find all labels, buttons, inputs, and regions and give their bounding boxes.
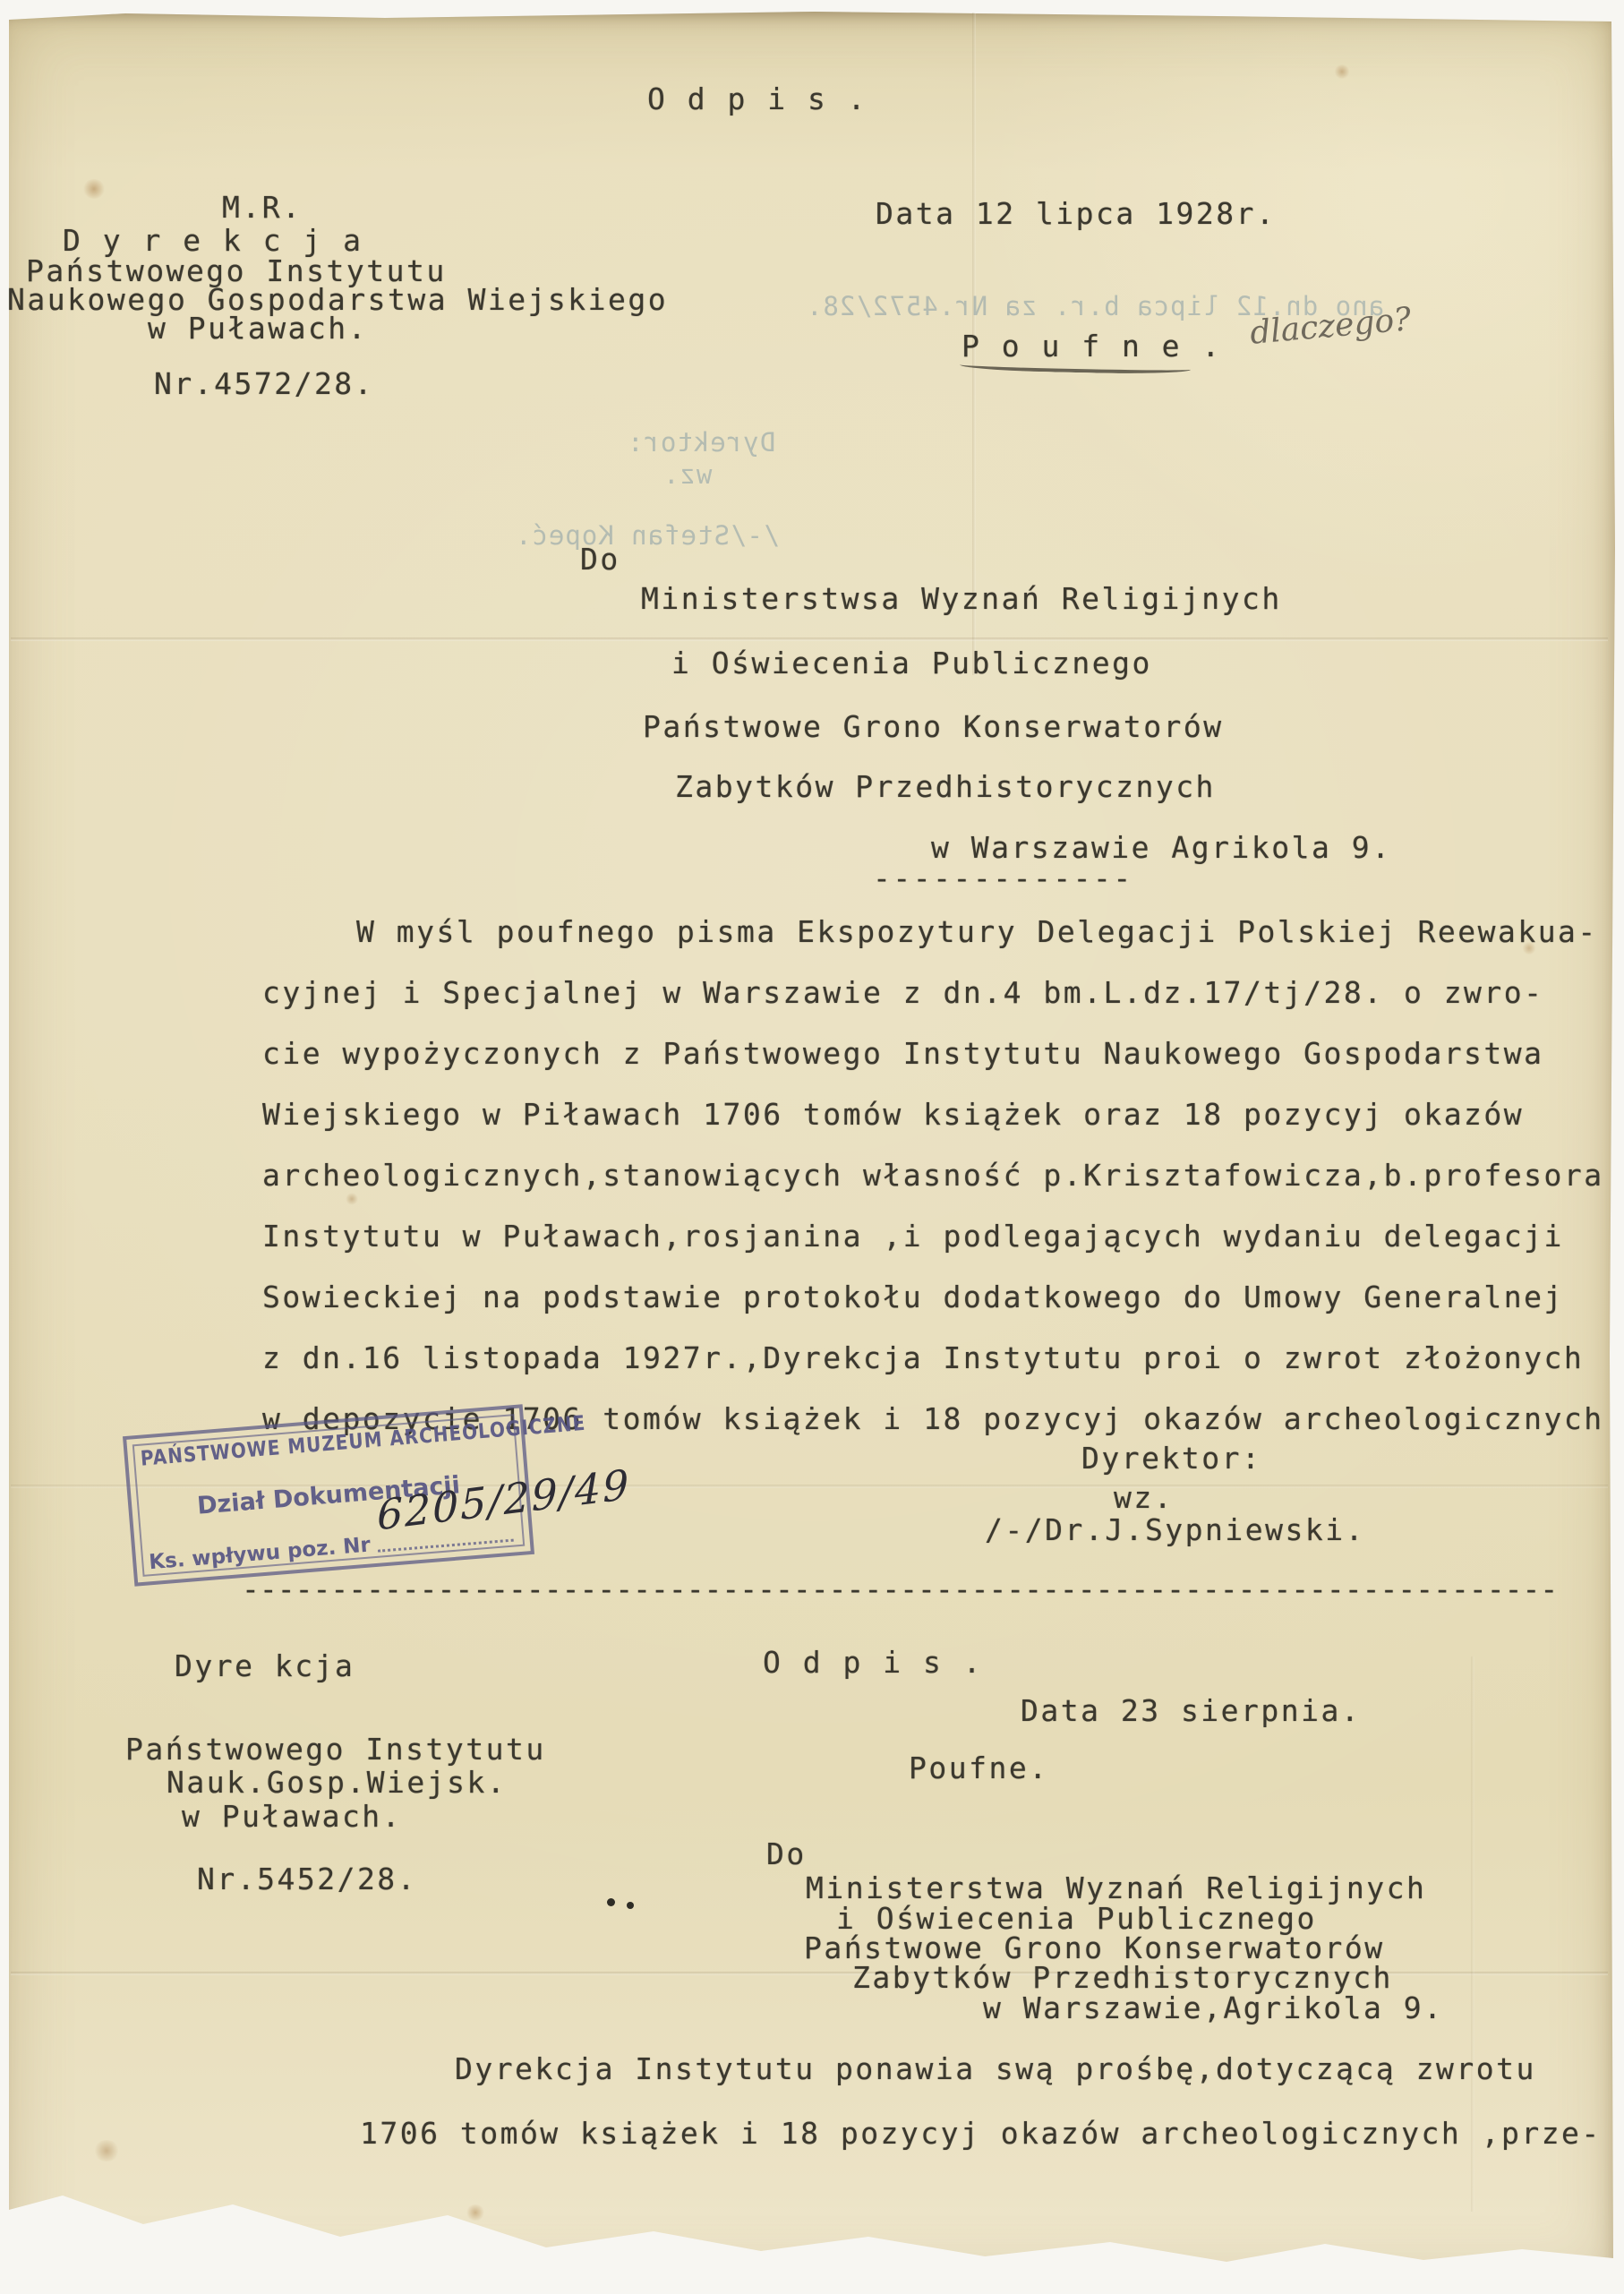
- recipient-line: i Oświecenia Publicznego: [671, 646, 1152, 680]
- sender2-institute-line1: Państwowego Instytutu: [125, 1733, 546, 1767]
- recipient-underline-dashes: -------------: [873, 861, 1133, 895]
- section-separator-dashes: ----------------------------------------…: [242, 1572, 1558, 1606]
- sender2-dyrekcja: Dyre kcja: [175, 1649, 355, 1683]
- body-line: cyjnej i Specjalnej w Warszawie z dn.4 b…: [262, 976, 1544, 1010]
- confidential-label: P o u f n e .: [962, 330, 1222, 364]
- signature-wz: wz.: [1114, 1481, 1174, 1515]
- date-line-2: Data 23 sierpnia.: [1021, 1694, 1361, 1728]
- scanned-document: O d p i s . M.R. D y r e k c j a Państwo…: [0, 0, 1624, 2294]
- body2-line: Dyrekcja Instytutu ponawia swą prośbę,do…: [455, 2052, 1536, 2086]
- sender-org-code: M.R.: [222, 191, 302, 225]
- body-line: Wiejskiego w Piławach 1706 tomów książek…: [262, 1098, 1524, 1132]
- sender2-institute-line2: Nauk.Gosp.Wiejsk.: [167, 1766, 507, 1800]
- body2-line: 1706 tomów książek i 18 pozycyj okazów a…: [360, 2117, 1602, 2151]
- ink-dot: [627, 1902, 634, 1909]
- recipient-line: Zabytków Przedhistorycznych: [675, 770, 1216, 804]
- signature-name: /-/Dr.J.Sypniewski.: [985, 1513, 1365, 1547]
- sender2-ref-number: Nr.5452/28.: [197, 1862, 417, 1896]
- body-line: Sowieckiej na podstawie protokołu dodatk…: [262, 1280, 1564, 1314]
- bleedthrough-signature: /-/Stefan Kopeć.: [515, 521, 779, 551]
- recipient-line: Państwowe Grono Konserwatorów: [643, 710, 1224, 744]
- copy-heading: O d p i s .: [647, 82, 868, 116]
- copy-heading-2: O d p i s .: [763, 1646, 983, 1680]
- recipient-line: Ministerstwsa Wyznań Religijnych: [641, 582, 1282, 616]
- date-line: Data 12 lipca 1928r.: [876, 197, 1276, 231]
- body-line: W myśl poufnego pisma Ekspozytury Delega…: [356, 915, 1598, 949]
- recipient2-line: w Warszawie,Agrikola 9.: [983, 1991, 1443, 2025]
- body-line: z dn.16 listopada 1927r.,Dyrekcja Instyt…: [262, 1341, 1584, 1375]
- bleedthrough-wz: wz.: [662, 460, 712, 490]
- sender2-city: w Puławach.: [182, 1800, 402, 1834]
- sender-city: w Puławach.: [148, 312, 368, 346]
- bleedthrough-director: Dyrektor:: [627, 428, 775, 458]
- confidential-label-2: Poufne.: [909, 1751, 1049, 1785]
- salutation: Do: [580, 543, 620, 577]
- body-line: cie wypożyczonych z Państwowego Instytut…: [262, 1037, 1544, 1071]
- signature-title: Dyrektor:: [1081, 1442, 1261, 1476]
- ink-dot: [607, 1898, 615, 1906]
- body-line: Instytutu w Puławach,rosjanina ,i podleg…: [262, 1220, 1564, 1254]
- stamp-line3-label: Ks. wpływu poz. Nr: [148, 1533, 371, 1574]
- salutation-2: Do: [766, 1837, 807, 1871]
- sender-ref-number: Nr.4572/28.: [154, 367, 374, 401]
- body-line: archeologicznych,stanowiących własność p…: [262, 1159, 1604, 1193]
- stamp-dotted-line: [378, 1539, 514, 1553]
